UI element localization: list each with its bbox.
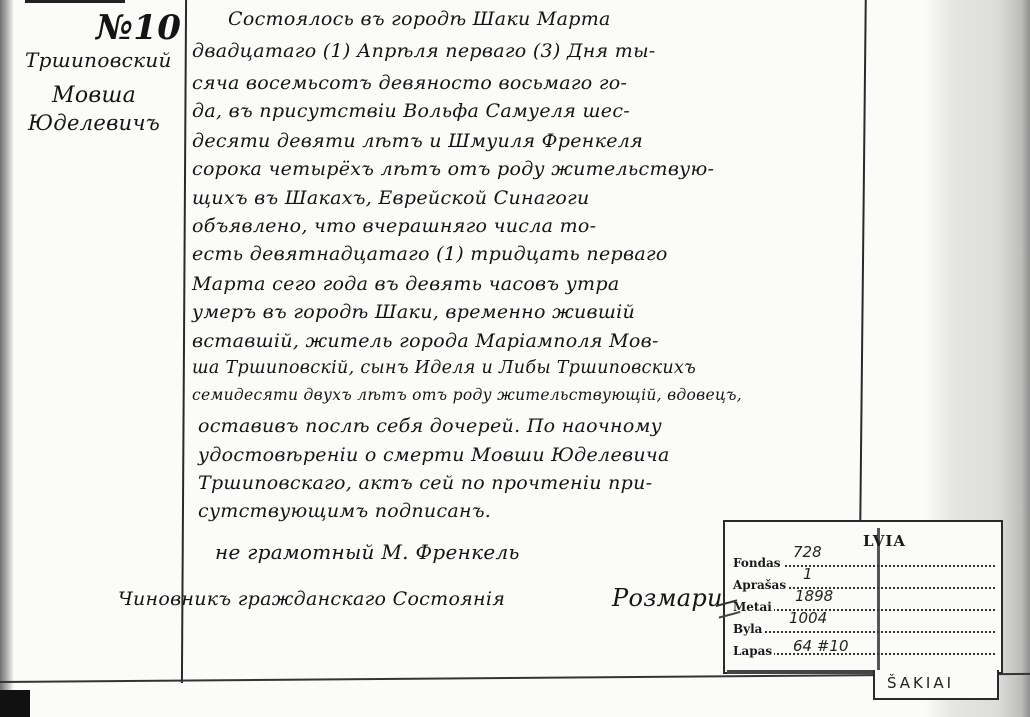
stamp-archive-name: LVIA: [863, 532, 906, 550]
scan-edge-left: [0, 0, 14, 717]
stamp-field-value: 1: [803, 565, 813, 583]
official-title: Чиновникъ гражданскаго Состоянія: [118, 588, 505, 610]
witness-signature: не грамотный М. Френкель: [215, 540, 520, 564]
scanned-document-page: №10 Тршиповский Мовша Юделевичъ Состояло…: [0, 0, 1030, 717]
stamp-field-byla: Byla 1004: [733, 616, 995, 636]
body-line: щихъ въ Шакахъ, Еврейской Синагоги: [192, 187, 590, 209]
body-line: сорока четырёхъ лѣтъ отъ роду жительству…: [192, 158, 714, 180]
stamp-field-value: 1898: [795, 587, 833, 605]
stamp-field-value: 64 #10: [793, 637, 849, 655]
stamp-field-lapas: Lapas 64 #10: [733, 638, 995, 658]
stamp-field-label: Fondas: [733, 556, 783, 570]
deceased-given-name: Мовша: [52, 83, 136, 108]
archive-stamp: LVIA Fondas 728 Aprašas 1 Metai 1898 Byl…: [723, 520, 1001, 690]
body-line: умеръ въ городѣ Шаки, временно жившій: [192, 301, 635, 323]
stamp-field-value: 728: [793, 543, 822, 561]
body-line: да, въ присутствіи Вольфа Самуеля шес-: [192, 100, 630, 122]
stamp-field-aprasas: Aprašas 1: [733, 572, 995, 592]
deceased-patronymic: Юделевичъ: [28, 111, 160, 135]
scan-top-mark: [25, 0, 125, 3]
body-line: десяти девяти лѣтъ и Шмуиля Френкеля: [192, 130, 643, 152]
deceased-surname: Тршиповский: [25, 48, 172, 72]
scan-corner: [0, 690, 30, 717]
entry-number: №10: [96, 8, 181, 48]
stamp-place-box: ŠAKIAI: [873, 670, 999, 700]
stamp-place-name: ŠAKIAI: [887, 674, 954, 692]
body-line: удостовѣреніи о смерти Мовши Юделевича: [198, 444, 670, 466]
body-line: есть девятнадцатаго (1) тридцать перваго: [192, 243, 668, 265]
body-line: двадцатаго (1) Апрѣля перваго (3) Дня ты…: [192, 40, 656, 62]
body-line: семидесяти двухъ лѣтъ отъ роду жительств…: [192, 386, 742, 404]
stamp-field-label: Byla: [733, 622, 764, 636]
body-line: оставивъ послѣ себя дочерей. По наочному: [198, 415, 662, 437]
body-line: сяча восемьсотъ девяносто восьмаго го-: [192, 72, 627, 94]
body-line: объявлено, что вчерашняго числа то-: [192, 215, 596, 237]
body-line: сутствующимъ подписанъ.: [198, 500, 491, 522]
stamp-field-label: Aprašas: [733, 578, 788, 592]
stamp-field-metai: Metai 1898: [733, 594, 995, 614]
stamp-field-label: Lapas: [733, 644, 774, 658]
stamp-field-value: 1004: [789, 609, 827, 627]
margin-divider-line: [181, 0, 187, 683]
stamp-field-fondas: Fondas 728: [733, 550, 995, 570]
dotted-line: [733, 631, 995, 633]
body-line: Тршиповскаго, актъ сей по прочтеніи при-: [198, 472, 652, 494]
body-line: Состоялось въ городѣ Шаки Марта: [228, 8, 611, 30]
body-line: ша Тршиповскій, сынъ Иделя и Либы Тршипо…: [192, 358, 696, 378]
body-line: Марта сего года въ девять часовъ утра: [192, 273, 619, 295]
body-line: вставшій, житель города Маріамполя Мов-: [192, 330, 659, 352]
right-border-line: [859, 0, 866, 525]
